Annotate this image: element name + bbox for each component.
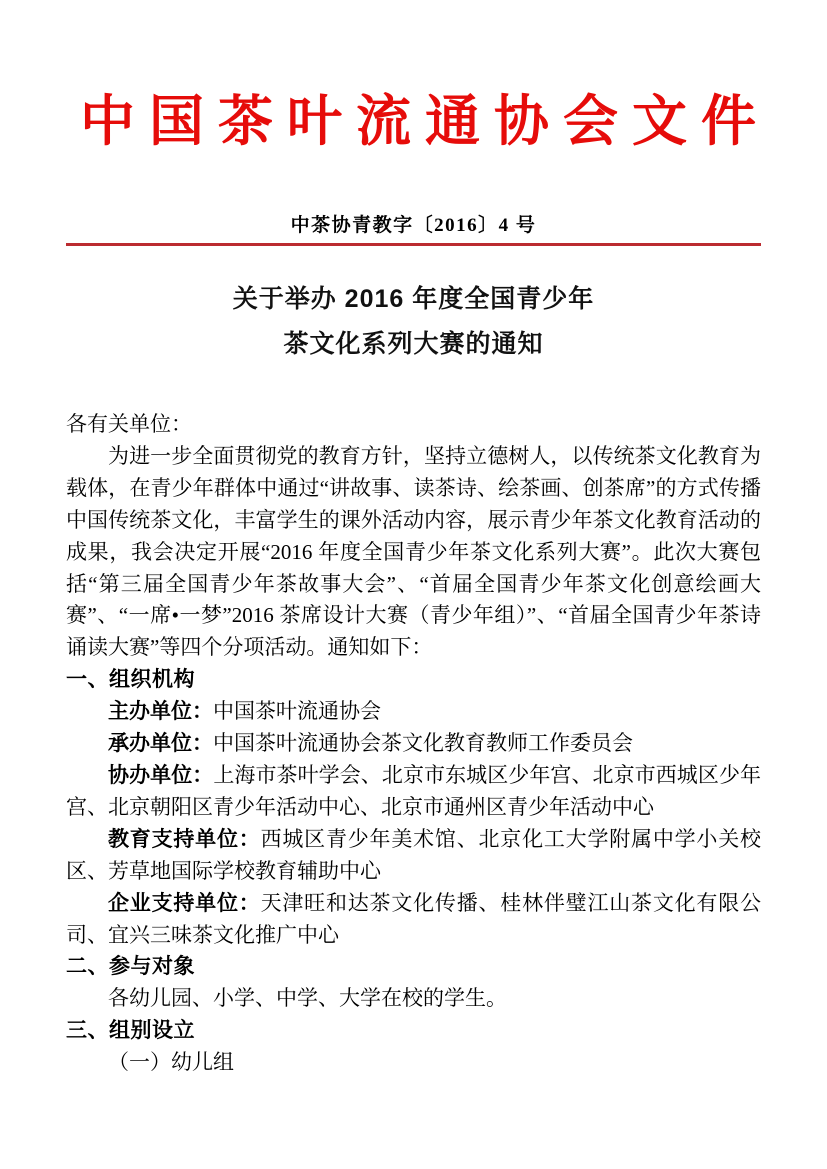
org-item-enterprise-support: 企业支持单位：天津旺和达茶文化传播、桂林伴璧江山茶文化有限公司、宜兴三味茶文化推… bbox=[66, 888, 761, 952]
section-heading-groups: 三、组别设立 bbox=[66, 1015, 761, 1047]
org-item-host-label: 主办单位： bbox=[108, 699, 213, 723]
org-item-host: 主办单位：中国茶叶流通协会 bbox=[66, 696, 761, 728]
notice-title: 关于举办 2016 年度全国青少年 茶文化系列大赛的通知 bbox=[66, 277, 761, 367]
org-item-coorganizer-label: 协办单位： bbox=[108, 763, 213, 787]
section-heading-organization: 一、组织机构 bbox=[66, 664, 761, 696]
intro-paragraph: 为进一步全面贯彻党的教育方针，坚持立德树人，以传统茶文化教育为载体，在青少年群体… bbox=[66, 441, 761, 664]
org-item-organizer: 承办单位：中国茶叶流通协会茶文化教育教师工作委员会 bbox=[66, 728, 761, 760]
org-item-host-text: 中国茶叶流通协会 bbox=[213, 699, 381, 723]
notice-title-line2: 茶文化系列大赛的通知 bbox=[66, 322, 761, 367]
org-item-coorganizer: 协办单位：上海市茶叶学会、北京市东城区少年宫、北京市西城区少年宫、北京朝阳区青少… bbox=[66, 760, 761, 824]
document-page: 中国茶叶流通协会文件 中茶协青教字〔2016〕4 号 关于举办 2016 年度全… bbox=[0, 0, 827, 1169]
group-item-kindergarten: （一）幼儿组 bbox=[66, 1047, 761, 1079]
org-item-education-support-label: 教育支持单位： bbox=[108, 827, 261, 851]
section-heading-participants: 二、参与对象 bbox=[66, 951, 761, 983]
salutation: 各有关单位： bbox=[66, 409, 761, 441]
org-item-organizer-text: 中国茶叶流通协会茶文化教育教师工作委员会 bbox=[213, 731, 633, 755]
document-number: 中茶协青教字〔2016〕4 号 bbox=[66, 214, 761, 238]
org-item-education-support: 教育支持单位：西城区青少年美术馆、北京化工大学附属中学小关校区、芳草地国际学校教… bbox=[66, 824, 761, 888]
red-divider-line bbox=[66, 243, 761, 246]
notice-title-line1: 关于举办 2016 年度全国青少年 bbox=[66, 277, 761, 322]
participants-paragraph: 各幼儿园、小学、中学、大学在校的学生。 bbox=[66, 983, 761, 1015]
masthead-title: 中国茶叶流通协会文件 bbox=[66, 86, 761, 158]
notice-body: 各有关单位： 为进一步全面贯彻党的教育方针，坚持立德树人，以传统茶文化教育为载体… bbox=[66, 409, 761, 1079]
org-item-enterprise-support-label: 企业支持单位： bbox=[108, 891, 261, 915]
org-item-organizer-label: 承办单位： bbox=[108, 731, 213, 755]
